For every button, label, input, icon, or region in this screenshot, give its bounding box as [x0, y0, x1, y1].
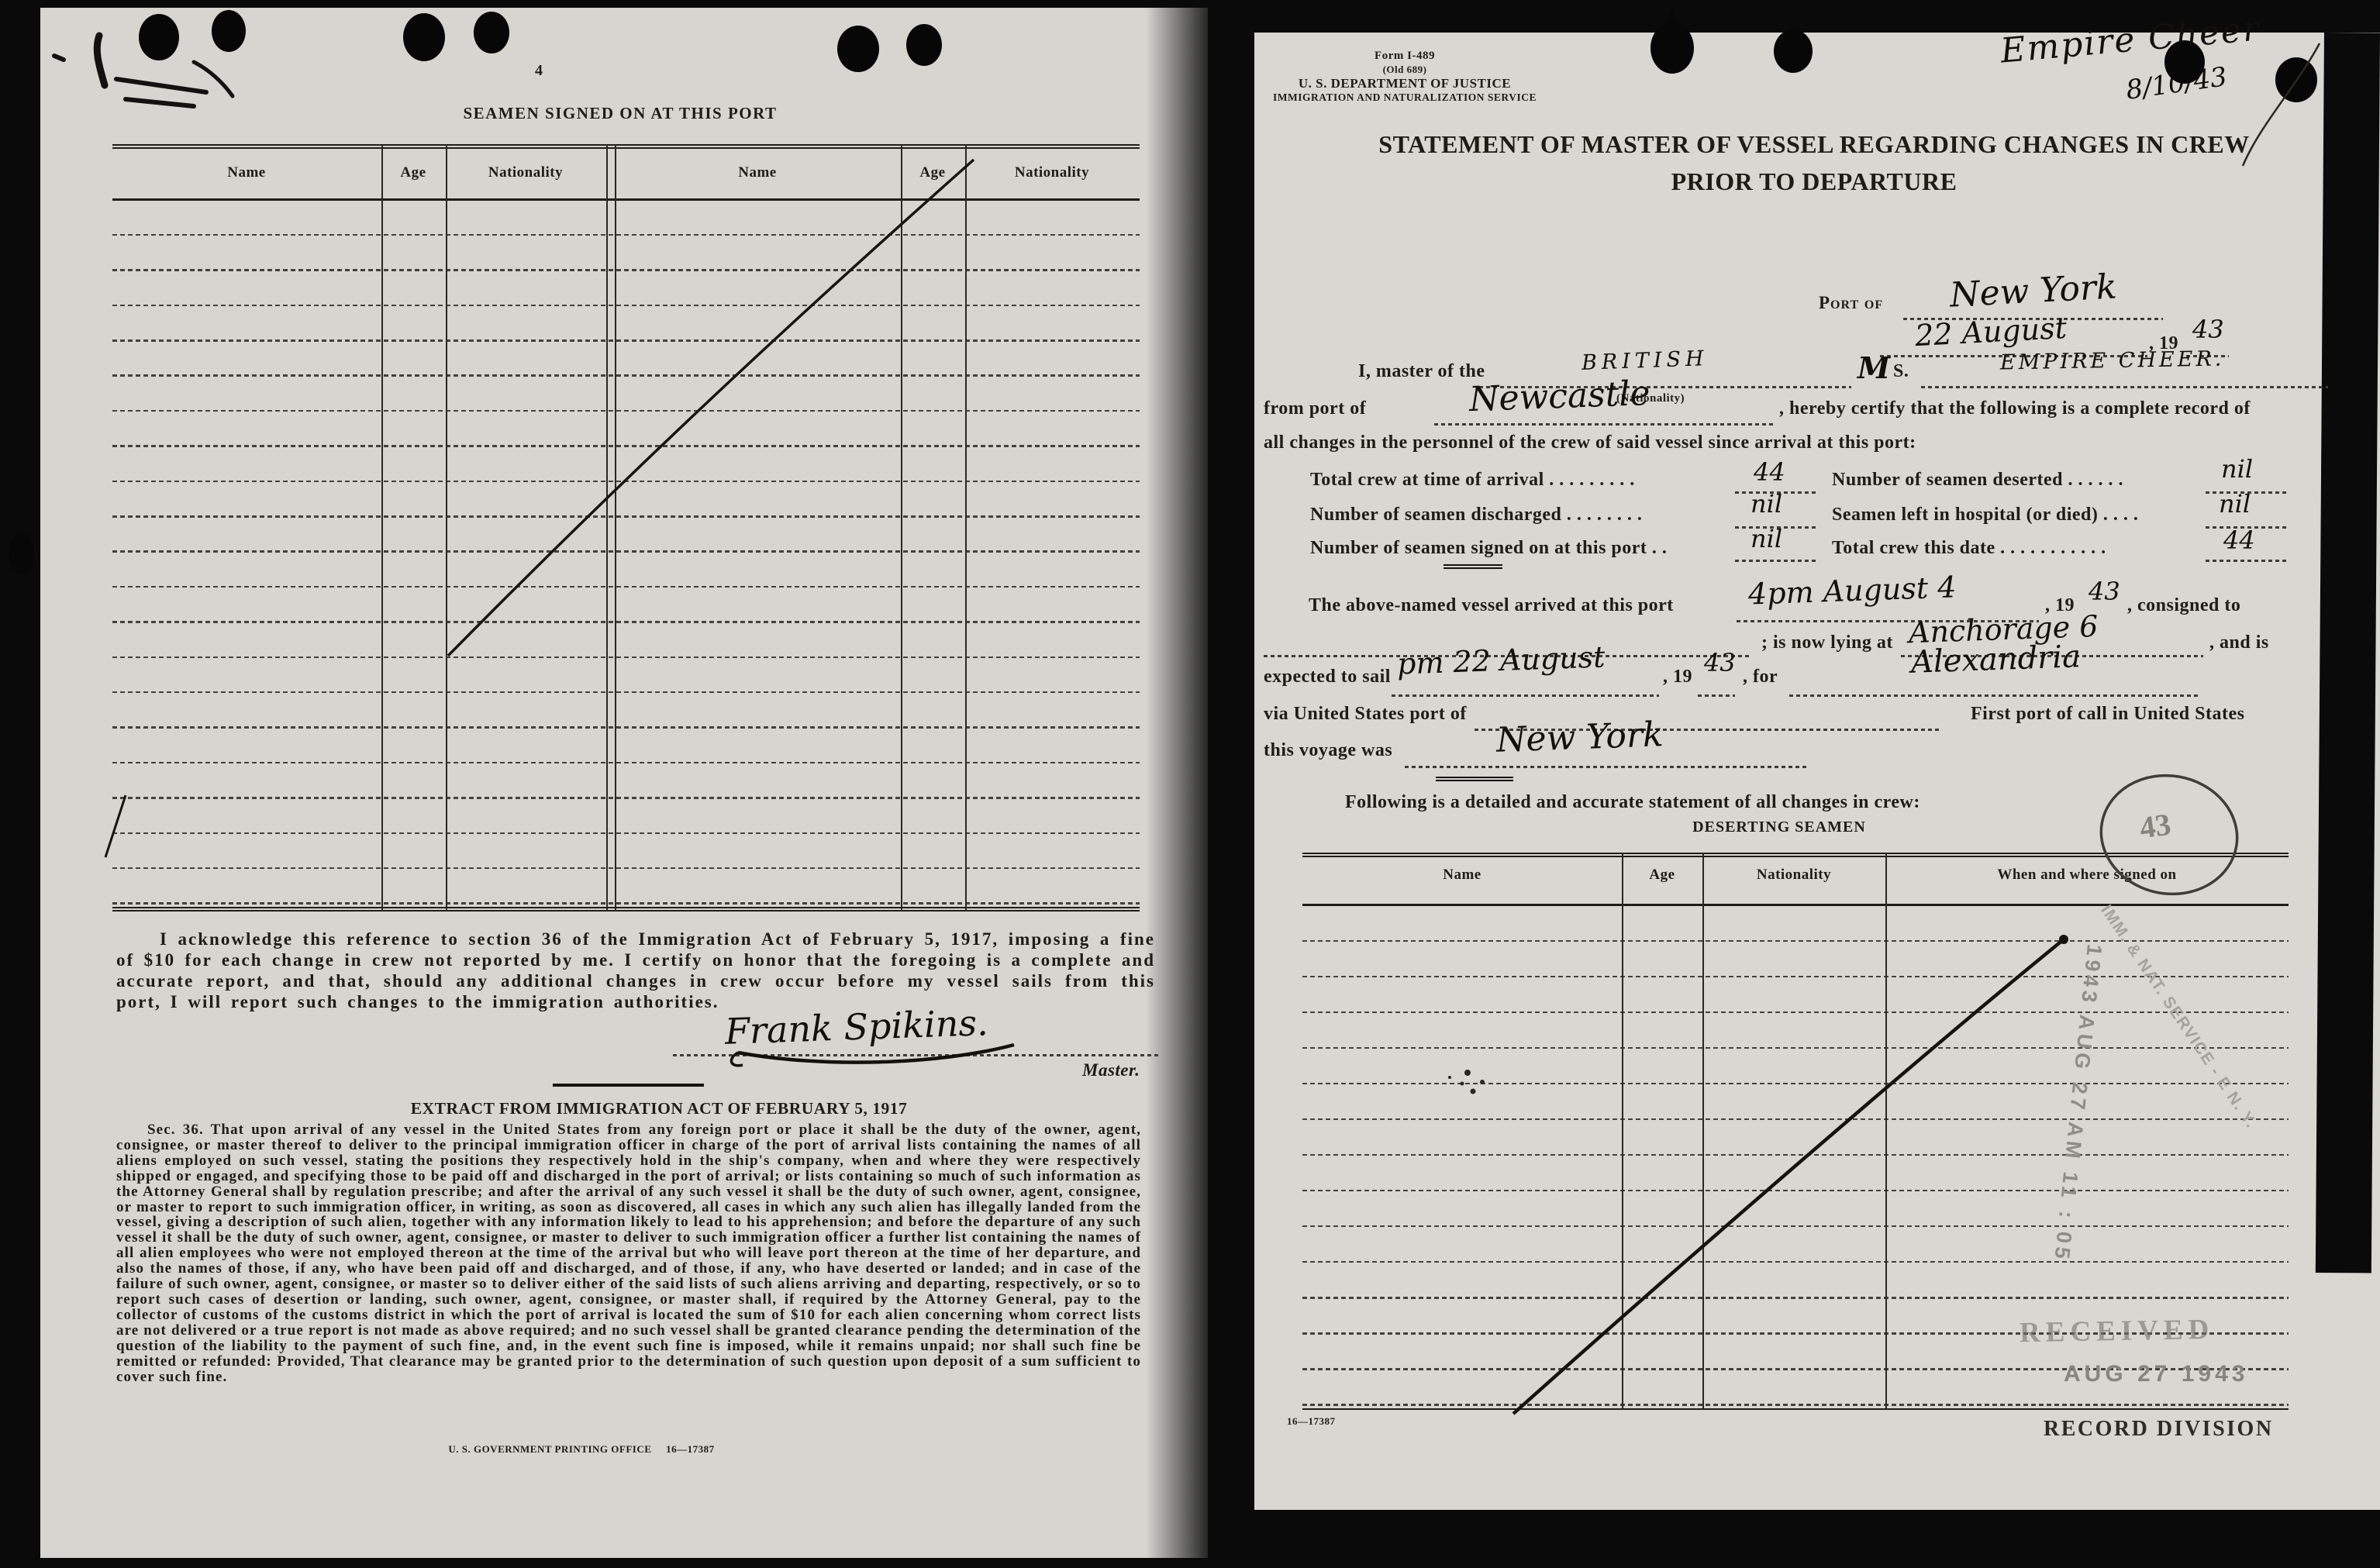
form-title-line2: PRIOR TO DEPARTURE	[1318, 167, 2310, 196]
sail-year-prefix: , 19	[1663, 667, 1692, 688]
column-divider	[606, 144, 608, 912]
col-header-nationality: Nationality	[464, 164, 588, 181]
stat-field-line	[1735, 560, 1816, 562]
empty-table-row	[112, 553, 1140, 588]
empty-table-row	[1302, 1263, 2289, 1298]
stat-value: nil	[2221, 454, 2253, 484]
column-divider	[615, 144, 616, 912]
plate-code: 16—17387	[1287, 1415, 1336, 1428]
page-number: 4	[535, 62, 543, 80]
col-header-nationality: Nationality	[1724, 867, 1864, 884]
section-rule	[553, 1084, 704, 1087]
stat-value: 44	[1754, 457, 1785, 487]
table-bottom-rule	[112, 907, 1140, 912]
signature-line	[673, 1054, 1159, 1056]
lying-prefix: ; is now lying at	[1761, 632, 1893, 653]
column-divider	[446, 144, 447, 912]
arrived-prefix: The above-named vessel arrived at this p…	[1309, 595, 1674, 616]
arrived-value: 4pm August 4	[1747, 570, 1957, 611]
fromport-field-line	[1434, 423, 1775, 426]
empty-table-row	[112, 799, 1140, 834]
following-text: Following is a detailed and accurate sta…	[1345, 792, 1920, 813]
empty-table-row	[1302, 1156, 2289, 1191]
col-header-name: Name	[169, 164, 324, 181]
empty-table-row	[112, 342, 1140, 377]
column-divider	[965, 144, 967, 912]
sail-year-line	[1698, 694, 1735, 697]
form-title-line1: STATEMENT OF MASTER OF VESSEL REGARDING …	[1318, 130, 2310, 159]
stat-label: Number of seamen signed on at this port …	[1310, 538, 1667, 559]
page-gutter-shadow	[1146, 8, 1208, 1558]
arrived-suffix: , consigned to	[2127, 595, 2240, 616]
stat-label: Number of seamen deserted . . . . . .	[1832, 470, 2123, 491]
port-label: Port of	[1819, 293, 1883, 313]
table-top-rule	[112, 144, 1140, 149]
arrived-year: 43	[2089, 577, 2120, 606]
stat-label: Total crew this date . . . . . . . . . .…	[1832, 538, 2106, 559]
fromport-prefix: from port of	[1264, 398, 1366, 419]
col-header-age: Age	[1631, 867, 1693, 884]
empty-table-row	[112, 201, 1140, 236]
service-name: IMMIGRATION AND NATURALIZATION SERVICE	[1265, 91, 1544, 104]
document-scan: 4 SEAMEN SIGNED ON AT THIS PORT Name Age…	[0, 0, 2380, 1568]
stat-label: Seamen left in hospital (or died) . . . …	[1832, 505, 2138, 526]
empty-table-row	[112, 729, 1140, 763]
voyage-value: New York	[1495, 715, 1664, 760]
sail-prefix: expected to sail	[1264, 667, 1391, 688]
form-old-number: (Old 689)	[1265, 64, 1544, 76]
sail-year: 43	[1704, 648, 1736, 677]
col-header-nationality: Nationality	[990, 164, 1114, 181]
column-divider	[1702, 853, 1704, 1409]
empty-table-row	[112, 763, 1140, 798]
empty-table-row	[112, 482, 1140, 517]
empty-table-row	[112, 658, 1140, 693]
col-header-name: Name	[680, 164, 835, 181]
vessel-prefix-printed: S.	[1893, 361, 1909, 382]
empty-table-row	[112, 869, 1140, 904]
vessel-name-value: EMPIRE CHEER.	[2000, 346, 2225, 374]
stat-field-line	[2206, 560, 2287, 562]
stat-value: nil	[2219, 489, 2251, 519]
vessel-field-line	[1921, 386, 2328, 388]
viaus-prefix: via United States port of	[1264, 704, 1467, 725]
voyage-field-line	[1405, 766, 1808, 768]
stat-label: Number of seamen discharged . . . . . . …	[1310, 505, 1642, 526]
empty-table-row	[1302, 1227, 2289, 1263]
form-number: Form I-489	[1265, 50, 1544, 63]
empty-table-row	[1302, 1084, 2289, 1120]
empty-table-row	[112, 588, 1140, 622]
extract-heading: EXTRACT FROM IMMIGRATION ACT OF FEBRUARY…	[326, 1099, 992, 1118]
firstport-text: First port of call in United States	[1971, 704, 2244, 725]
printer-footer: U. S. GOVERNMENT PRINTING OFFICE 16—1738…	[310, 1443, 853, 1456]
record-division-stamp: RECORD DIVISION	[2044, 1417, 2274, 1442]
stat-value: nil	[1751, 524, 1782, 553]
printer-code: 16—17387	[666, 1443, 715, 1455]
stats-rule	[1444, 564, 1502, 569]
table-bottom-rule	[1302, 1408, 2289, 1410]
sail-dest-line	[1789, 694, 2200, 697]
fromport-value: Newcastle	[1468, 374, 1650, 419]
empty-table-row	[112, 236, 1140, 271]
acknowledgment-paragraph: I acknowledge this reference to section …	[116, 929, 1155, 1012]
extract-paragraph: Sec. 36. That upon arrival of any vessel…	[116, 1122, 1141, 1384]
empty-table-row	[112, 693, 1140, 728]
punch-stem	[1668, 8, 1676, 34]
certify-text: , hereby certify that the following is a…	[1779, 398, 2251, 419]
empty-table-row	[112, 834, 1140, 869]
empty-table-row	[112, 623, 1140, 658]
voyage-prefix: this voyage was	[1264, 740, 1392, 761]
ink-blot	[9, 533, 34, 574]
allchanges-text: all changes in the personnel of the crew…	[1264, 432, 1916, 453]
empty-table-row	[112, 377, 1140, 412]
voyage-rule	[1436, 777, 1513, 781]
seamen-table-body	[112, 201, 1140, 905]
empty-table-row	[112, 271, 1140, 306]
empty-table-row	[112, 447, 1140, 482]
sail-value: pm 22 August	[1396, 639, 1606, 681]
column-divider	[1885, 853, 1887, 1409]
table-top-rule	[1302, 853, 2289, 857]
col-header-age: Age	[382, 164, 444, 181]
printer-office: U. S. GOVERNMENT PRINTING OFFICE	[448, 1443, 651, 1455]
scan-edge	[2316, 33, 2380, 1273]
empty-table-row	[1302, 906, 2289, 942]
empty-table-row	[1302, 977, 2289, 1013]
stat-value: 44	[2223, 526, 2255, 555]
stat-label: Total crew at time of arrival . . . . . …	[1310, 470, 1635, 491]
year-value: 43	[2192, 315, 2224, 344]
col-header-name: Name	[1385, 867, 1540, 884]
col-header-age: Age	[902, 164, 964, 181]
empty-table-row	[1302, 1049, 2289, 1084]
empty-table-row	[112, 518, 1140, 553]
nationality-value: BRITISH	[1581, 346, 1709, 375]
circled-number: 43	[2137, 805, 2173, 846]
sail-field-line	[1392, 694, 1659, 697]
date-stamp: AUG 27 1943	[2064, 1361, 2248, 1387]
empty-table-row	[1302, 1191, 2289, 1227]
empty-table-row	[112, 412, 1140, 446]
signature-title: Master.	[1082, 1060, 1140, 1080]
column-divider	[381, 144, 383, 912]
empty-table-row	[1302, 1120, 2289, 1156]
sail-dest-value: Alexandria	[1910, 639, 2081, 681]
received-stamp: RECEIVED	[2020, 1313, 2215, 1349]
sail-for: , for	[1743, 667, 1778, 688]
column-divider	[1622, 853, 1623, 1409]
column-divider	[901, 144, 902, 912]
deserting-heading: DESERTING SEAMEN	[1663, 818, 1895, 836]
empty-table-row	[112, 306, 1140, 341]
vessel-prefix-handwritten: M	[1857, 350, 1890, 385]
left-page-heading: SEAMEN SIGNED ON AT THIS PORT	[446, 104, 795, 123]
master-prefix: I, master of the	[1358, 361, 1485, 382]
lying-suffix: , and is	[2209, 632, 2269, 653]
stat-value: nil	[1751, 489, 1782, 519]
department-name: U. S. DEPARTMENT OF JUSTICE	[1265, 76, 1544, 91]
empty-table-row	[1302, 1013, 2289, 1049]
